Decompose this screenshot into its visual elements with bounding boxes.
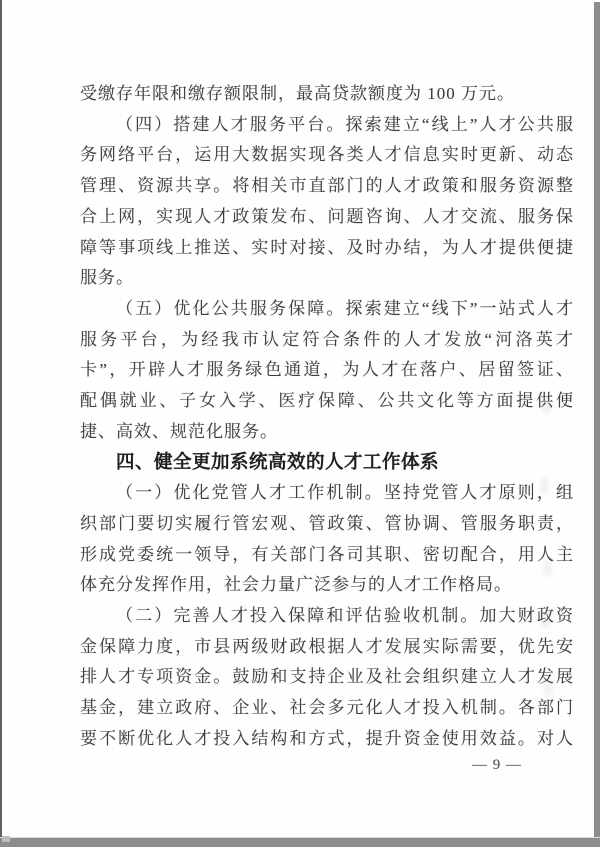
text-line: 金保障力度，市县两级财政根据人才发展实际需要，优先安: [80, 632, 574, 663]
scan-right-edge: [594, 2, 600, 847]
section-heading: 四、健全更加系统高效的人才工作体系: [80, 447, 574, 478]
text-line: 服务平台，为经我市认定符合条件的人才发放“河洛英才: [80, 325, 574, 356]
text-line: （五）优化公共服务保障。探索建立“线下”一站式人才: [80, 294, 574, 325]
scan-bleedthrough-artifact: [543, 560, 552, 576]
scan-bleedthrough-artifact: [540, 478, 549, 494]
text-line: 织部门要切实履行管宏观、管政策、管协调、管服务职责，: [80, 509, 574, 540]
text-line: 捷、高效、规范化服务。: [80, 417, 574, 448]
text-line: 基金，建立政府、企业、社会多元化人才投入机制。各部门: [80, 693, 574, 724]
text-line: （二）完善人才投入保障和评估验收机制。加大财政资: [80, 601, 574, 632]
text-line: （四）搭建人才服务平台。探索建立“线上”人才公共服: [80, 110, 574, 141]
text-line: 障等事项线上推送、实时对接、及时办结，为人才提供便捷: [80, 233, 574, 264]
text-line: 配偶就业、子女入学、医疗保障、公共文化等方面提供便: [80, 386, 574, 417]
page-number: — 9 —: [472, 757, 522, 774]
text-line: （一）优化党管人才工作机制。坚持党管人才原则，组: [80, 478, 574, 509]
text-line: 管理、资源共享。将相关市直部门的人才政策和服务资源整: [80, 171, 574, 202]
scan-bleedthrough-artifact: [541, 612, 550, 628]
scan-corner-artifact: [2, 836, 10, 842]
scan-bottom-shadow: [0, 838, 600, 847]
scan-left-edge: [0, 0, 2, 847]
text-line: 服务。: [80, 263, 574, 294]
scanned-document-page: 受缴存年限和缴存额限制，最高贷款额度为 100 万元。（四）搭建人才服务平台。探…: [0, 0, 600, 847]
scan-bleedthrough-artifact: [544, 680, 553, 696]
text-line: 卡”，开辟人才服务绿色通道，为人才在落户、居留签证、: [80, 355, 574, 386]
text-line: 受缴存年限和缴存额限制，最高贷款额度为 100 万元。: [80, 79, 574, 110]
text-line: 排人才专项资金。鼓励和支持企业及社会组织建立人才发展: [80, 662, 574, 693]
scan-bleedthrough-artifact: [542, 398, 551, 414]
document-body: 受缴存年限和缴存额限制，最高贷款额度为 100 万元。（四）搭建人才服务平台。探…: [80, 79, 574, 754]
text-line: 体充分发挥作用，社会力量广泛参与的人才工作格局。: [80, 570, 574, 601]
text-line: 务网络平台，运用大数据实现各类人才信息实时更新、动态: [80, 140, 574, 171]
text-line: 形成党委统一领导，有关部门各司其职、密切配合，用人主: [80, 540, 574, 571]
text-line: 要不断优化人才投入结构和方式，提升资金使用效益。对人: [80, 724, 574, 755]
text-line: 合上网，实现人才政策发布、问题咨询、人才交流、服务保: [80, 202, 574, 233]
